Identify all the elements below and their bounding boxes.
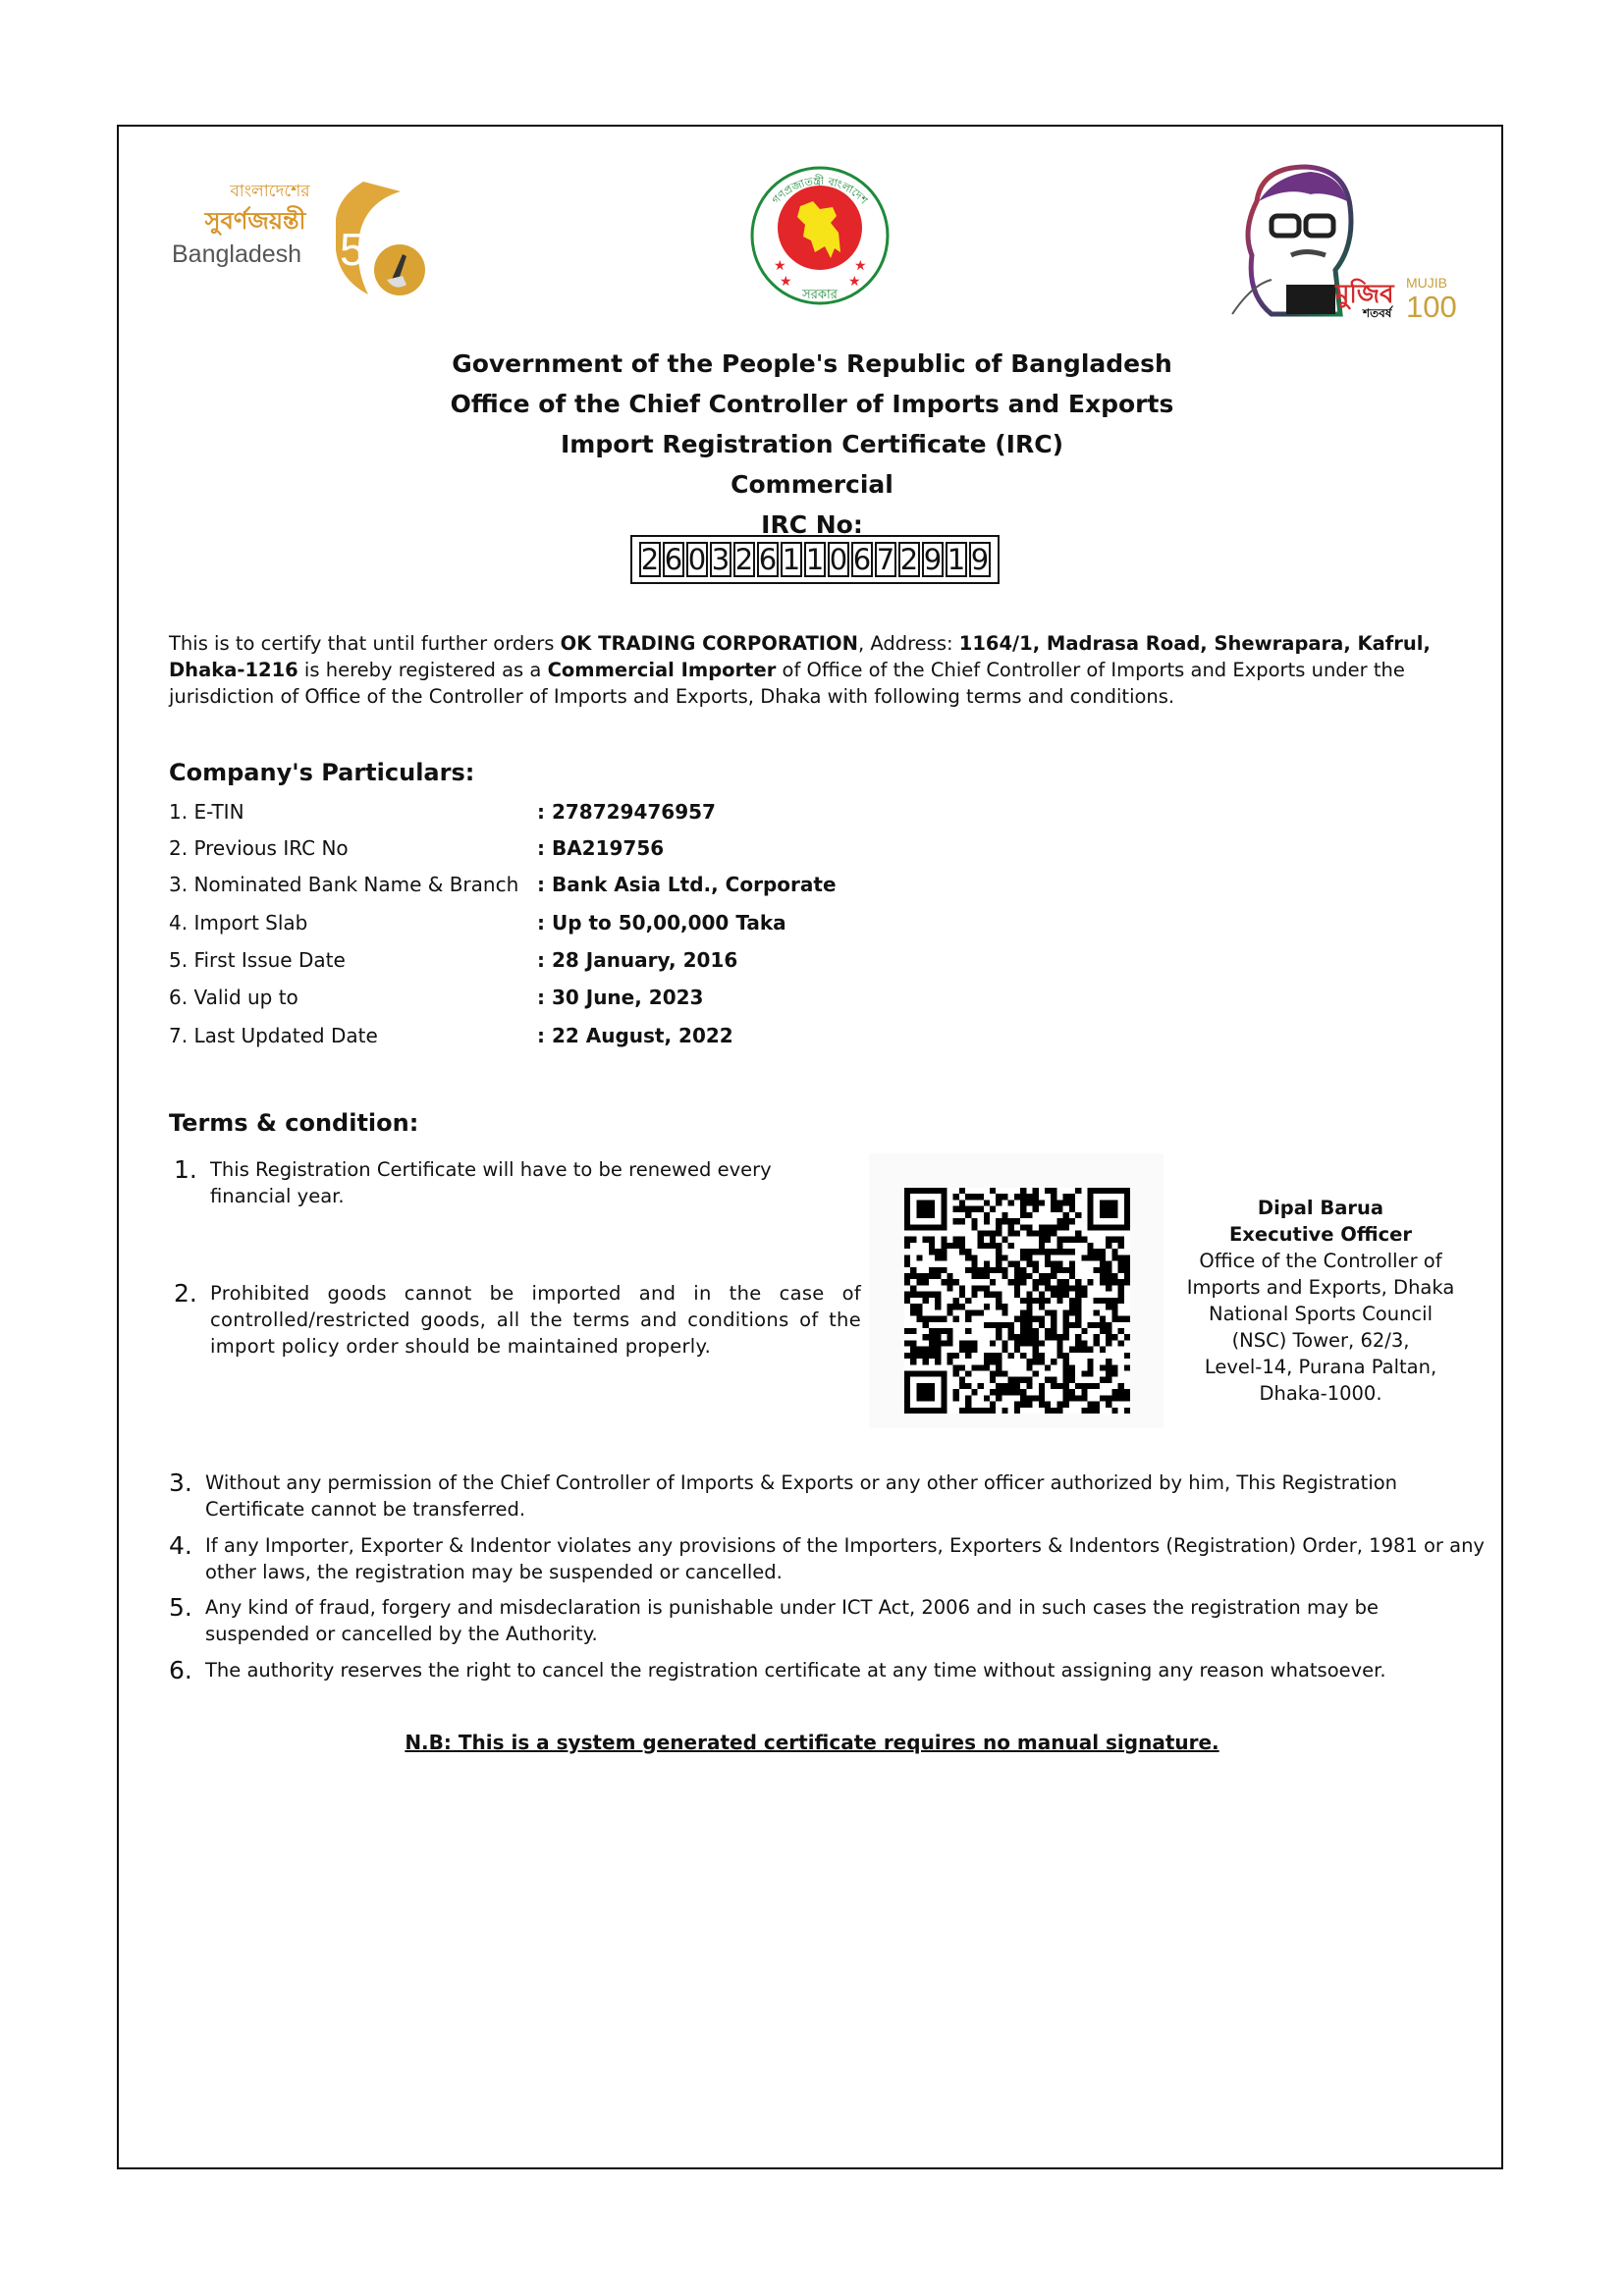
term-number: 6. xyxy=(169,1657,192,1683)
particulars-value: : Up to 50,00,000 Taka xyxy=(537,911,786,934)
term-number: 5. xyxy=(169,1594,192,1621)
signer-address-line: Level-14, Purana Paltan, xyxy=(1134,1354,1507,1380)
government-title: Government of the People's Republic of B… xyxy=(0,344,1624,384)
particulars-value: : 22 August, 2022 xyxy=(537,1024,733,1047)
irc-digit: 2 xyxy=(898,542,920,577)
irc-digit: 0 xyxy=(686,542,708,577)
particulars-value: : 28 January, 2016 xyxy=(537,948,737,972)
company-name: OK TRADING CORPORATION xyxy=(561,632,858,655)
term-text: The authority reserves the right to canc… xyxy=(205,1657,1485,1683)
signer-address-line: (NSC) Tower, 62/3, xyxy=(1134,1327,1507,1354)
irc-digit: 2 xyxy=(733,542,755,577)
particulars-value: : Bank Asia Ltd., Corporate xyxy=(537,873,837,896)
svg-text:MUJIB: MUJIB xyxy=(1406,275,1447,291)
particulars-value: : 30 June, 2023 xyxy=(537,986,703,1009)
irc-digit: 1 xyxy=(781,542,802,577)
particulars-heading: Company's Particulars: xyxy=(169,759,474,786)
registration-type: Commercial Importer xyxy=(548,659,777,681)
certification-paragraph: This is to certify that until further or… xyxy=(169,630,1475,710)
svg-text:★: ★ xyxy=(854,258,867,274)
irc-digit: 1 xyxy=(946,542,967,577)
certificate-title: Import Registration Certificate (IRC) xyxy=(0,424,1624,464)
term-number: 2. xyxy=(174,1280,197,1307)
qr-code-icon xyxy=(869,1153,1164,1428)
svg-text:বাংলাদেশের: বাংলাদেশের xyxy=(229,182,310,201)
irc-digit: 6 xyxy=(663,542,684,577)
irc-digit: 1 xyxy=(804,542,826,577)
svg-text:5: 5 xyxy=(340,224,365,275)
irc-digit: 6 xyxy=(851,542,873,577)
irc-digit: 2 xyxy=(639,542,661,577)
svg-text:★: ★ xyxy=(848,274,861,290)
irc-number-box: 260326110672919 xyxy=(630,535,1000,584)
certificate-category: Commercial xyxy=(0,464,1624,505)
particulars-label: 4. Import Slab xyxy=(169,911,307,934)
terms-heading: Terms & condition: xyxy=(169,1109,418,1137)
term-text: This Registration Certificate will have … xyxy=(210,1156,802,1209)
particulars-label: 2. Previous IRC No xyxy=(169,836,349,860)
certificate-header: Government of the People's Republic of B… xyxy=(0,344,1624,545)
golden-jubilee-50-logo: বাংলাদেশের সুবর্ণজয়ন্তী Bangladesh 5 xyxy=(167,172,432,304)
term-number: 3. xyxy=(169,1469,192,1496)
signer-address-line: Dhaka-1000. xyxy=(1134,1380,1507,1407)
particulars-value: : BA219756 xyxy=(537,836,664,860)
term-number: 1. xyxy=(174,1156,197,1183)
particulars-label: 1. E-TIN xyxy=(169,800,244,824)
svg-text:100: 100 xyxy=(1406,290,1457,319)
svg-text:★: ★ xyxy=(774,258,786,274)
svg-text:সুবর্ণজয়ন্তী: সুবর্ণজয়ন্তী xyxy=(204,205,307,236)
term-number: 4. xyxy=(169,1532,192,1559)
particulars-label: 3. Nominated Bank Name & Branch xyxy=(169,873,518,896)
signer-address-line: Imports and Exports, Dhaka xyxy=(1134,1274,1507,1301)
signer-designation: Executive Officer xyxy=(1134,1221,1507,1248)
particulars-label: 5. First Issue Date xyxy=(169,948,346,972)
irc-digit: 7 xyxy=(875,542,896,577)
signer-block: Dipal Barua Executive Officer Office of … xyxy=(1134,1195,1507,1407)
irc-digit: 3 xyxy=(710,542,731,577)
signer-address-line: National Sports Council xyxy=(1134,1301,1507,1327)
particulars-label: 6. Valid up to xyxy=(169,986,298,1009)
irc-digit: 6 xyxy=(757,542,779,577)
svg-text:Bangladesh: Bangladesh xyxy=(172,240,301,268)
svg-text:সরকার: সরকার xyxy=(801,288,839,302)
svg-text:শতবর্ষ: শতবর্ষ xyxy=(1362,305,1394,319)
term-text: Prohibited goods cannot be imported and … xyxy=(210,1280,861,1360)
system-generated-note: N.B: This is a system generated certific… xyxy=(0,1731,1624,1754)
irc-digit: 9 xyxy=(969,542,991,577)
term-text: Without any permission of the Chief Cont… xyxy=(205,1469,1485,1522)
government-seal-icon: ★ ★ ★ ★ সরকার গণপ্রজাতন্ত্রী বাংলাদেশ xyxy=(736,162,903,309)
svg-text:★: ★ xyxy=(780,274,792,290)
signer-name: Dipal Barua xyxy=(1134,1195,1507,1221)
irc-digit: 9 xyxy=(922,542,944,577)
term-text: If any Importer, Exporter & Indentor vio… xyxy=(205,1532,1485,1585)
particulars-label: 7. Last Updated Date xyxy=(169,1024,378,1047)
office-title: Office of the Chief Controller of Import… xyxy=(0,384,1624,424)
signer-address-line: Office of the Controller of xyxy=(1134,1248,1507,1274)
term-text: Any kind of fraud, forgery and misdeclar… xyxy=(205,1594,1485,1647)
irc-digit: 0 xyxy=(828,542,849,577)
particulars-value: : 278729476957 xyxy=(537,800,716,824)
mujib-100-logo: মুজিব শতবর্ষ MUJIB 100 xyxy=(1218,157,1458,319)
